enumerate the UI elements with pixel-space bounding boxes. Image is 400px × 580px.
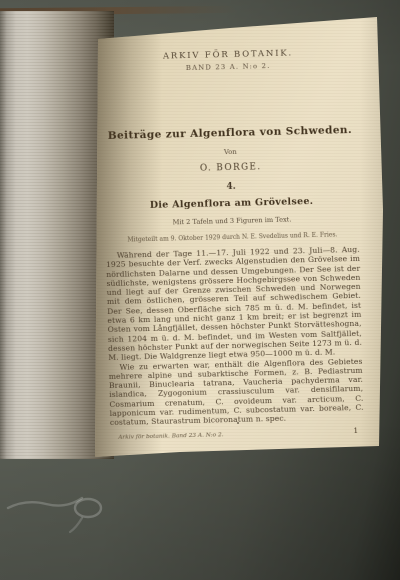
body-paragraph-1: Während der Tage 11.—17. Juli 1922 und 2… (106, 245, 363, 363)
body-paragraph-2: Wie zu erwarten war, enthält die Algenfl… (108, 356, 364, 427)
chalk-scribble (2, 470, 142, 545)
illustrations-note: Mit 2 Tafeln und 3 Figuren im Text. (105, 214, 359, 228)
page-number: 1 (353, 426, 358, 435)
printed-page-content: ARKIV FÖR BOTANIK. BAND 23 A. N:o 2. Bei… (100, 13, 364, 441)
author-name: O. BORGE. (104, 160, 358, 176)
part-title: Die Algenflora am Grövelsee. (104, 195, 358, 212)
communicated-note: Mitgeteilt am 9. Oktober 1929 durch N. E… (105, 231, 359, 244)
paper-speck (237, 422, 239, 424)
part-number: 4. (104, 179, 358, 195)
byline: Von (103, 145, 357, 159)
body-text: Während der Tage 11.—17. Juli 1922 und 2… (106, 245, 364, 428)
spacer (101, 68, 356, 130)
